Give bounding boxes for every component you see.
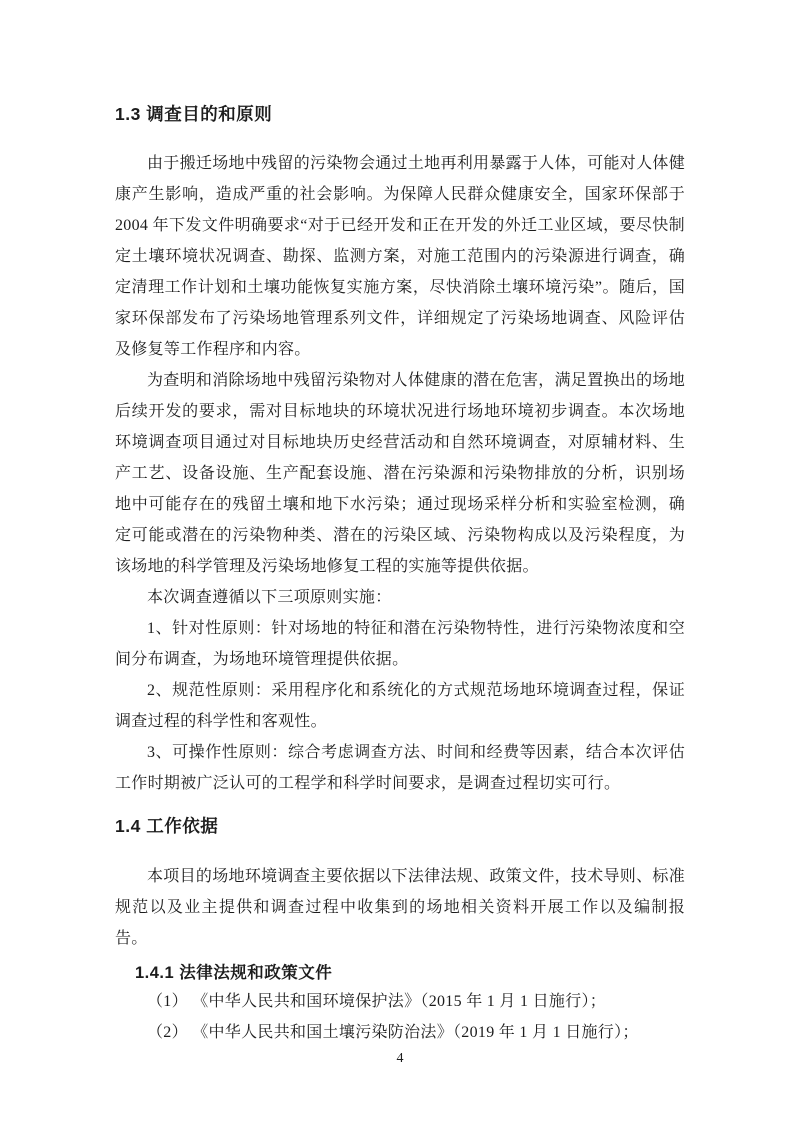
principle-item-2: 2、规范性原则：采用程序化和系统化的方式规范场地环境调查过程，保证调查过程的科学… xyxy=(115,675,685,737)
paragraph-purpose: 为查明和消除场地中残留污染物对人体健康的潜在危害，满足置换出的场地后续开发的要求… xyxy=(115,365,685,582)
paragraph-work-basis: 本项目的场地环境调查主要依据以下法律法规、政策文件，技术导则、标准规范以及业主提… xyxy=(115,861,685,954)
paragraph-background: 由于搬迁场地中残留的污染物会通过土地再利用暴露于人体，可能对人体健康产生影响，造… xyxy=(115,148,685,365)
subsection-heading-1-4-1: 1.4.1 法律法规和政策文件 xyxy=(135,960,685,986)
document-page: 1.3 调查目的和原则 由于搬迁场地中残留的污染物会通过土地再利用暴露于人体，可… xyxy=(0,0,800,1131)
law-item-2: （2） 《中华人民共和国土壤污染防治法》（2019 年 1 月 1 日施行）； xyxy=(115,1017,685,1048)
section-heading-1-4: 1.4 工作依据 xyxy=(115,814,685,838)
section-heading-1-3: 1.3 调查目的和原则 xyxy=(115,102,685,126)
principle-item-1: 1、针对性原则：针对场地的特征和潜在污染物特性，进行污染物浓度和空间分布调查，为… xyxy=(115,613,685,675)
law-item-1: （1） 《中华人民共和国环境保护法》（2015 年 1 月 1 日施行）； xyxy=(115,986,685,1017)
principle-item-3: 3、可操作性原则：综合考虑调查方法、时间和经费等因素，结合本次评估工作时期被广泛… xyxy=(115,737,685,799)
page-number: 4 xyxy=(0,1051,800,1067)
paragraph-principles-lead: 本次调查遵循以下三项原则实施： xyxy=(115,582,685,613)
